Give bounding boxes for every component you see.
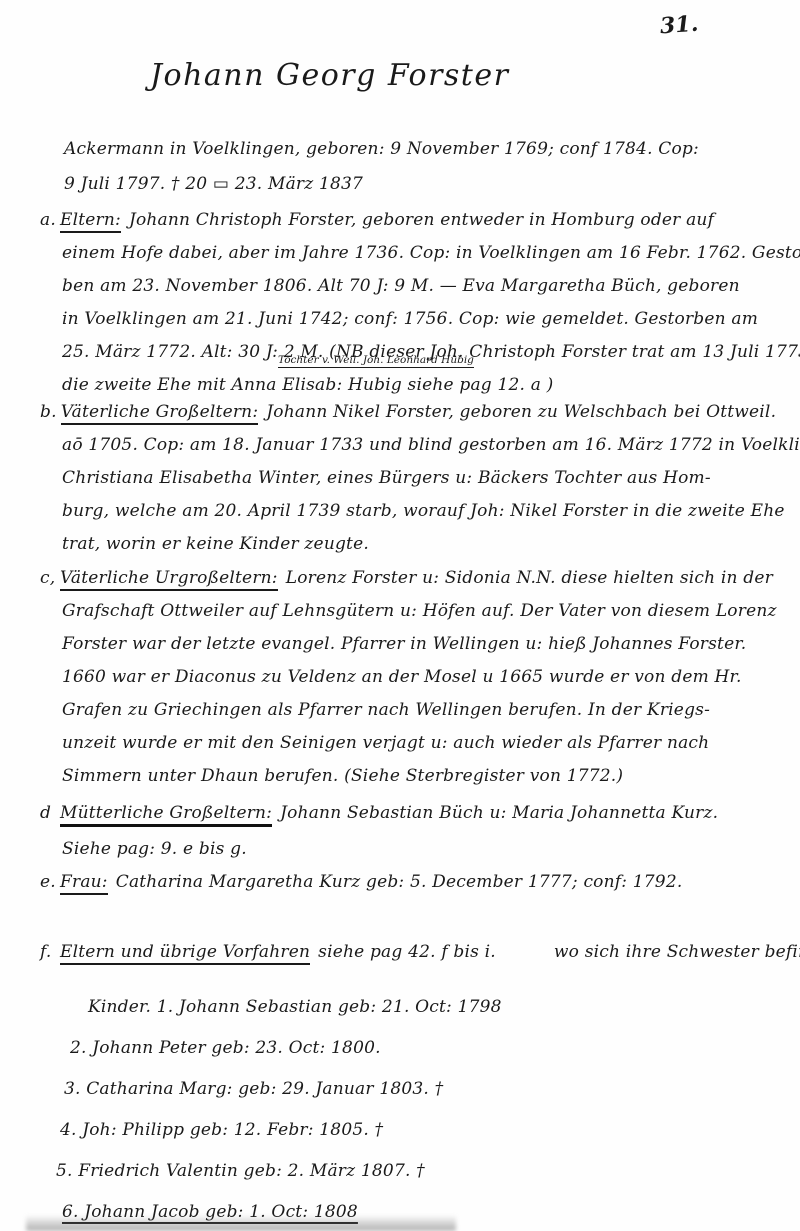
section-heading: Väterliche Großeltern: [61, 402, 259, 425]
page-number: 31. [659, 11, 699, 40]
section-text: Johann Sebastian Büch u: Maria Johannett… [280, 803, 718, 823]
section-label: f. [40, 936, 56, 969]
section-label: e. [40, 866, 56, 899]
section-heading: Frau: [60, 872, 108, 895]
manuscript-page: 31. Johann Georg Forster Ackermann in Vo… [0, 0, 800, 1231]
section-line: aō 1705. Cop: am 18. Januar 1733 und bli… [40, 429, 784, 462]
children-row: 3. Catharina Marg: geb: 29. Januar 1803.… [64, 1074, 502, 1104]
section-line: Grafschaft Ottweiler auf Lehnsgütern u: … [40, 595, 784, 628]
section-eltern: a.Eltern:Johann Christoph Forster, gebor… [40, 204, 784, 402]
children-row: Kinder. 1. Johann Sebastian geb: 21. Oct… [88, 992, 502, 1022]
children-list: Kinder. 1. Johann Sebastian geb: 21. Oct… [58, 992, 502, 1231]
section-vaeterliche-urgrosseltern: c,Väterliche Urgroßeltern:Lorenz Forster… [40, 562, 784, 793]
children-row: 2. Johann Peter geb: 23. Oct: 1800. [70, 1033, 502, 1063]
section-first-line: a.Eltern:Johann Christoph Forster, gebor… [40, 204, 784, 237]
children-row: 5. Friedrich Valentin geb: 2. März 1807.… [56, 1156, 502, 1186]
section-label: a. [40, 204, 56, 237]
side-note: wo sich ihre Schwester befindet. [554, 942, 800, 962]
section-label: c, [40, 562, 56, 595]
section-first-line: c,Väterliche Urgroßeltern:Lorenz Forster… [40, 562, 784, 595]
section-label: b. [40, 396, 57, 429]
intro-block: Ackermann in Voelklingen, geboren: 9 Nov… [64, 132, 780, 202]
section-heading: Väterliche Urgroßeltern: [60, 568, 278, 591]
section-line: Siehe pag: 9. e bis g. [40, 831, 784, 867]
section-heading: Eltern und übrige Vorfahren [60, 942, 310, 965]
section-line: Simmern unter Dhaun berufen. (Siehe Ster… [40, 760, 784, 793]
section-first-line: f.Eltern und übrige Vorfahrensiehe pag 4… [40, 936, 784, 969]
section-line: in Voelklingen am 21. Juni 1742; conf: 1… [40, 303, 784, 336]
section-line: Grafen zu Griechingen als Pfarrer nach W… [40, 694, 784, 727]
children-label: Kinder. [88, 997, 151, 1017]
section-first-line: e.Frau:Catharina Margaretha Kurz geb: 5.… [40, 866, 784, 899]
section-line: einem Hofe dabei, aber im Jahre 1736. Co… [40, 237, 784, 270]
section-muetterliche-grosseltern: dMütterliche Großeltern:Johann Sebastian… [40, 795, 784, 867]
section-line: 1660 war er Diaconus zu Veldenz an der M… [40, 661, 784, 694]
section-uebrige-vorfahren: f.Eltern und übrige Vorfahrensiehe pag 4… [40, 936, 784, 969]
section-text: Lorenz Forster u: Sidonia N.N. diese hie… [286, 568, 773, 588]
section-text: siehe pag 42. f bis i. [318, 942, 496, 962]
children-row: 4. Joh: Philipp geb: 12. Febr: 1805. † [60, 1115, 502, 1145]
section-line: ben am 23. November 1806. Alt 70 J: 9 M.… [40, 270, 784, 303]
interlinear-note: Tochter v. Weil. Joh. Leonhard Hübig [278, 355, 474, 368]
section-line: trat, worin er keine Kinder zeugte. [40, 528, 784, 561]
section-heading: Mütterliche Großeltern: [60, 803, 272, 827]
section-line: burg, welche am 20. April 1739 starb, wo… [40, 495, 784, 528]
section-heading: Eltern: [60, 210, 121, 233]
section-text: Johann Nikel Forster, geboren zu Welschb… [266, 402, 776, 422]
section-vaeterliche-grosseltern: b.Väterliche Großeltern:Johann Nikel For… [40, 396, 784, 561]
intro-line: Ackermann in Voelklingen, geboren: 9 Nov… [64, 132, 780, 167]
section-text: Catharina Margaretha Kurz geb: 5. Decemb… [116, 872, 683, 892]
child-entry: 1. Johann Sebastian geb: 21. Oct: 1798 [157, 997, 502, 1017]
section-frau: e.Frau:Catharina Margaretha Kurz geb: 5.… [40, 866, 784, 899]
section-line: Christiana Elisabetha Winter, eines Bürg… [40, 462, 784, 495]
scan-shadow-artifact [26, 1215, 456, 1231]
section-text: Johann Christoph Forster, geboren entwed… [129, 210, 714, 230]
intro-line: 9 Juli 1797. † 20 ▭ 23. März 1837 [64, 167, 780, 202]
section-label: d [40, 795, 56, 831]
section-line: unzeit wurde er mit den Seinigen verjagt… [40, 727, 784, 760]
section-first-line: dMütterliche Großeltern:Johann Sebastian… [40, 795, 784, 831]
section-first-line: b.Väterliche Großeltern:Johann Nikel For… [40, 396, 784, 429]
section-line: Forster war der letzte evangel. Pfarrer … [40, 628, 784, 661]
document-title: Johann Georg Forster [150, 58, 509, 93]
